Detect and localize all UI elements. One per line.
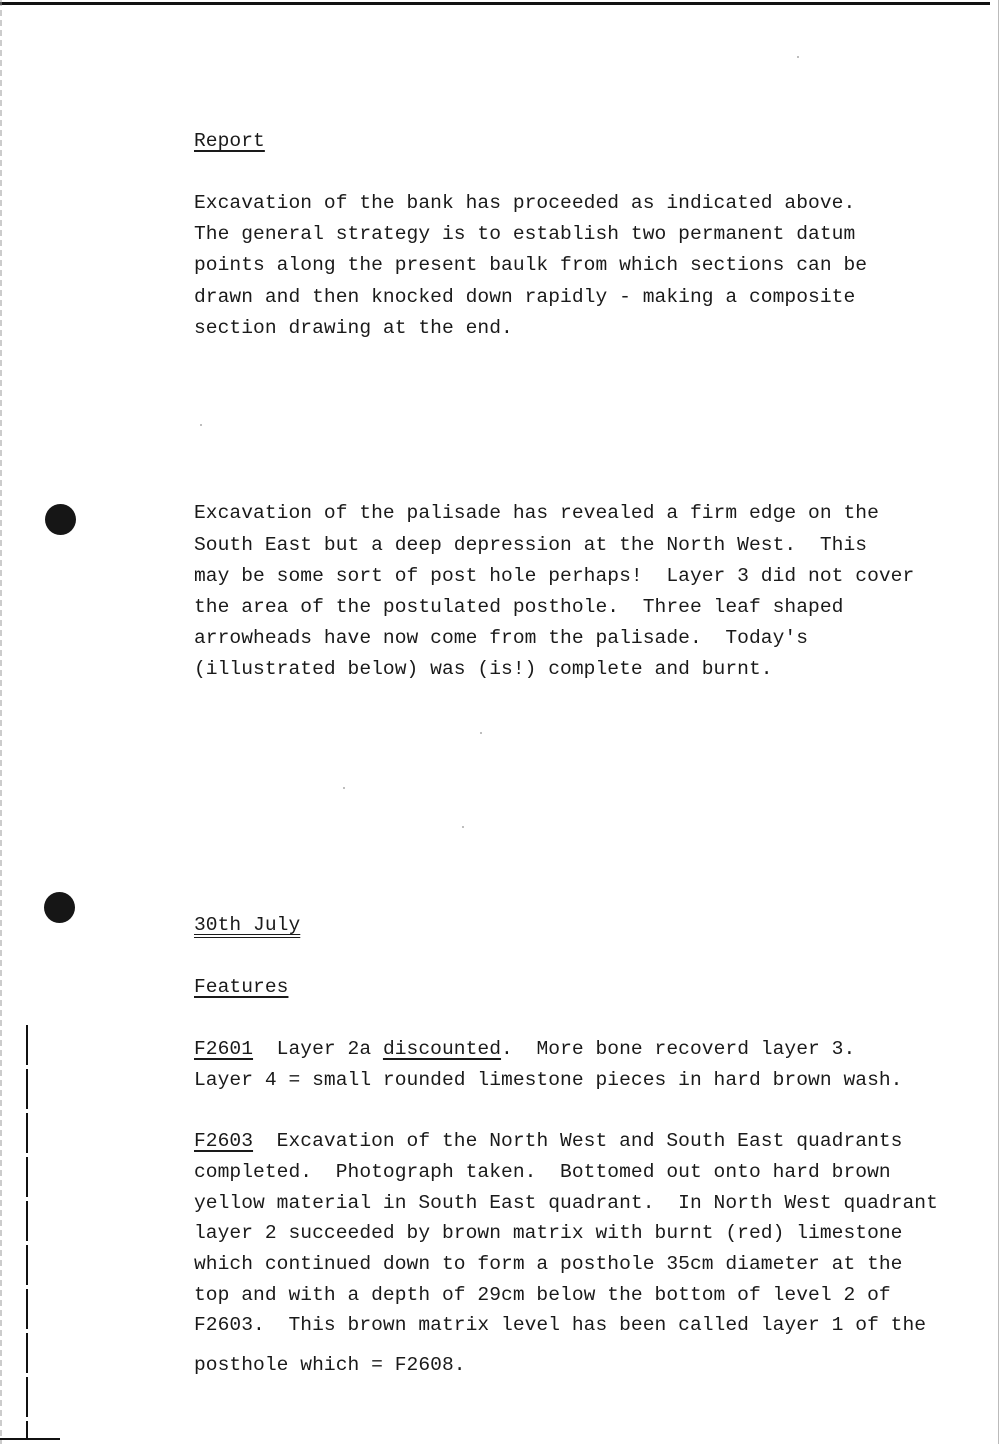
scan-speck	[200, 424, 202, 426]
features-heading: Features	[194, 977, 288, 997]
text-span: Excavation of the North West and South E…	[253, 1130, 902, 1152]
text-line: section drawing at the end.	[194, 318, 513, 338]
text-line: Excavation of the palisade has revealed …	[194, 503, 879, 523]
text-line: arrowheads have now come from the palisa…	[194, 628, 808, 648]
emphasis-word: discounted	[383, 1038, 501, 1060]
text-line: F2603 Excavation of the North West and S…	[194, 1131, 903, 1151]
text-span: . More bone recoverd layer 3.	[501, 1038, 855, 1060]
text-line: points along the present baulk from whic…	[194, 255, 867, 275]
page-top-edge	[0, 2, 990, 5]
text-line: F2601 Layer 2a discounted. More bone rec…	[194, 1039, 855, 1059]
text-line: South East but a deep depression at the …	[194, 535, 867, 555]
text-line: posthole which = F2608.	[194, 1355, 466, 1375]
text-line: top and with a depth of 29cm below the b…	[194, 1285, 891, 1305]
feature-id: F2601	[194, 1038, 253, 1060]
text-line: The general strategy is to establish two…	[194, 224, 855, 244]
text-line: Layer 4 = small rounded limestone pieces…	[194, 1070, 903, 1090]
scan-speck	[343, 787, 345, 789]
report-heading: Report	[194, 131, 265, 151]
margin-marker-line	[26, 1025, 28, 1440]
text-line: layer 2 succeeded by brown matrix with b…	[194, 1223, 903, 1243]
text-line: drawn and then knocked down rapidly - ma…	[194, 287, 855, 307]
text-line: yellow material in South East quadrant. …	[194, 1193, 938, 1213]
text-line: may be some sort of post hole perhaps! L…	[194, 566, 914, 586]
text-line: the area of the postulated posthole. Thr…	[194, 597, 843, 617]
scan-speck	[462, 826, 464, 828]
scan-speck	[797, 56, 799, 58]
text-line: which continued down to form a posthole …	[194, 1254, 903, 1274]
punch-hole-icon	[45, 504, 76, 535]
text-line: Excavation of the bank has proceeded as …	[194, 193, 855, 213]
page-left-edge	[0, 0, 2, 1444]
scan-speck	[480, 732, 482, 734]
text-span: Layer 2a	[253, 1038, 383, 1060]
text-line: F2603. This brown matrix level has been …	[194, 1315, 926, 1335]
date-heading: 30th July	[194, 915, 300, 935]
feature-id: F2603	[194, 1130, 253, 1152]
page-bottom-edge	[0, 1438, 60, 1440]
page-right-edge	[998, 0, 999, 1444]
text-line: (illustrated below) was (is!) complete a…	[194, 659, 773, 679]
text-line: completed. Photograph taken. Bottomed ou…	[194, 1162, 891, 1182]
punch-hole-icon	[44, 892, 75, 923]
